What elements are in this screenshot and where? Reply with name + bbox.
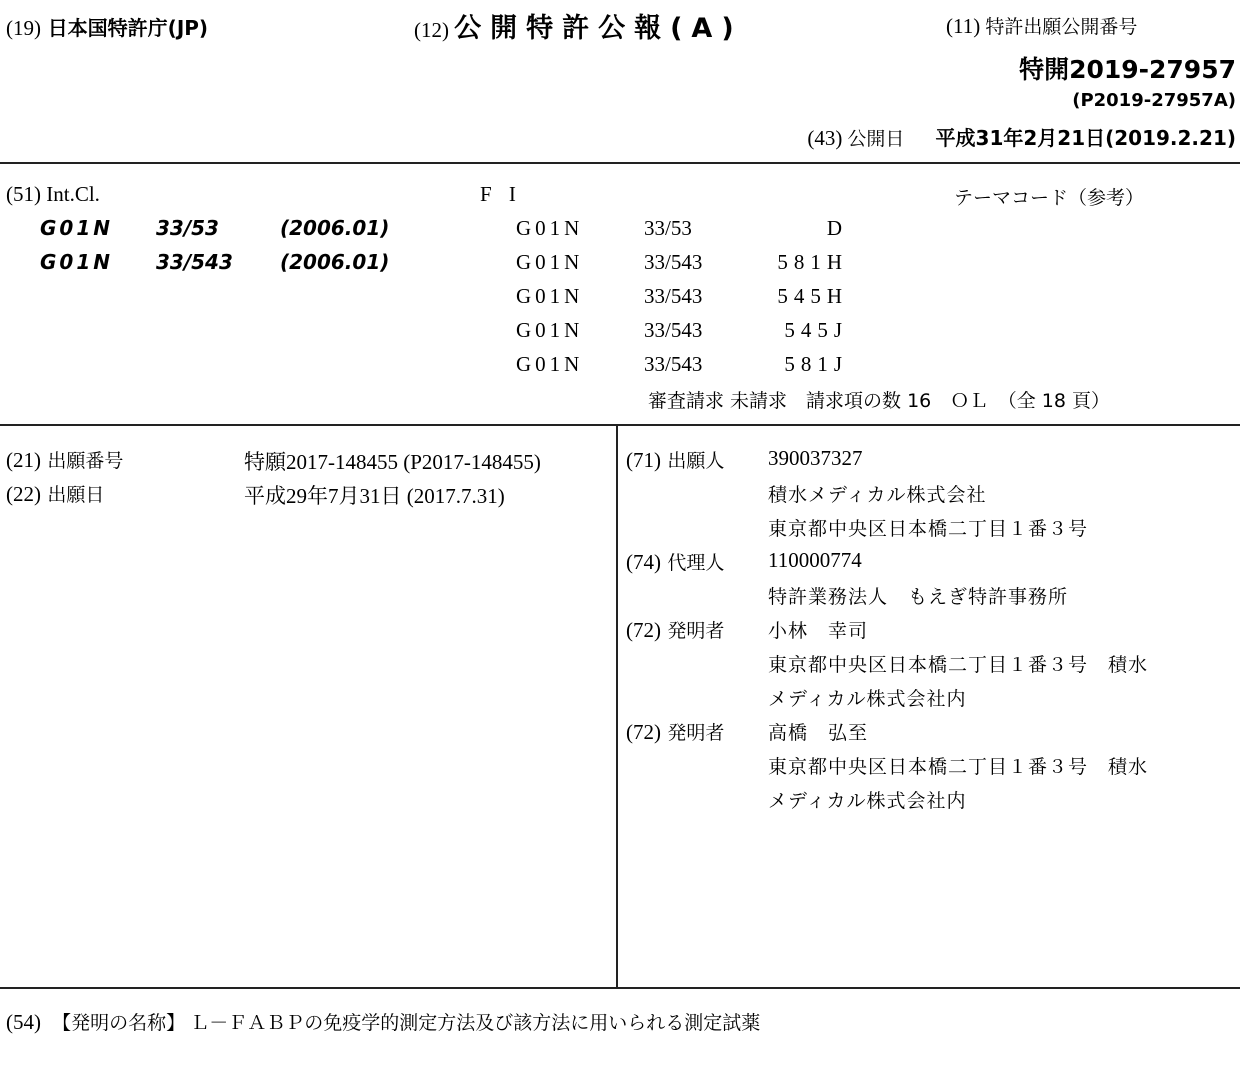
fi-group: 33/543 bbox=[644, 250, 748, 275]
fi-class: G01N bbox=[516, 216, 644, 241]
fi-suffix: 581J bbox=[748, 352, 848, 377]
inventor-address-line2: メディカル株式会社内 bbox=[768, 786, 966, 813]
fi-row: G01N33/543581H bbox=[516, 250, 848, 275]
fi-class: G01N bbox=[516, 284, 644, 309]
ipc-version: (2006.01) bbox=[280, 216, 389, 240]
pub-date-value: 平成31年2月21日(2019.2.21) bbox=[936, 126, 1236, 150]
pub-number: 特開2019-27957 bbox=[1019, 50, 1236, 86]
ipc-group: 33/53 bbox=[156, 216, 280, 240]
inventor-label: 発明者 bbox=[667, 722, 724, 744]
fi-group: 33/543 bbox=[644, 352, 748, 377]
fi-group: 33/543 bbox=[644, 284, 748, 309]
kind-title: 公開特許公報(A) bbox=[454, 13, 743, 44]
divider-bibliographic bbox=[0, 987, 1240, 989]
column-divider bbox=[616, 424, 618, 988]
fi-group: 33/53 bbox=[644, 216, 748, 241]
inventor-code: (72) bbox=[626, 720, 661, 744]
ipc-class: G01N bbox=[40, 216, 156, 240]
kind-code: (12) bbox=[414, 18, 449, 42]
applicant-label: 出願人 bbox=[667, 450, 724, 472]
divider-classification bbox=[0, 424, 1240, 426]
pub-date-code: (43) bbox=[807, 126, 842, 150]
ipc-row: G01N33/53(2006.01) bbox=[40, 216, 389, 240]
fi-suffix: 545H bbox=[748, 284, 848, 309]
applicant-code: (71) bbox=[626, 448, 661, 472]
theme-code-label: テーマコード（参考） bbox=[954, 183, 1144, 210]
application-date-code: (22) bbox=[6, 482, 41, 506]
inventor-name: 小林 幸司 bbox=[768, 616, 868, 643]
agent-code: (74) bbox=[626, 550, 661, 574]
applicant-field: (71) 出願人 bbox=[626, 446, 724, 473]
fi-row: G01N33/53D bbox=[516, 216, 848, 241]
office-name: 日本国特許庁(JP) bbox=[48, 16, 208, 40]
inventor-address-line2: メディカル株式会社内 bbox=[768, 684, 966, 711]
applicant-address: 東京都中央区日本橋二丁目１番３号 bbox=[768, 514, 1088, 541]
ipc-class: G01N bbox=[40, 250, 156, 274]
application-number: 特願2017-148455 (P2017-148455) bbox=[244, 446, 541, 476]
pub-date-label: 公開日 bbox=[847, 128, 904, 150]
fi-suffix: 545J bbox=[748, 318, 848, 343]
applicant-id: 390037327 bbox=[768, 446, 863, 471]
inventor-label: 発明者 bbox=[667, 620, 724, 642]
title-text: Ｌ－ＦＡＢＰの免疫学的測定方法及び該方法に用いられる測定試薬 bbox=[190, 1012, 760, 1034]
pub-date: (43) 公開日 平成31年2月21日(2019.2.21) bbox=[807, 122, 1236, 151]
fi-row: G01N33/543545H bbox=[516, 284, 848, 309]
fi-class: G01N bbox=[516, 250, 644, 275]
application-date-field: (22) 出願日 bbox=[6, 480, 104, 507]
agent-field: (74) 代理人 bbox=[626, 548, 724, 575]
inventor-field: (72) 発明者 bbox=[626, 718, 724, 745]
invention-title: (54) 【発明の名称】 Ｌ－ＦＡＢＰの免疫学的測定方法及び該方法に用いられる測… bbox=[6, 1008, 760, 1035]
applicant-name: 積水メディカル株式会社 bbox=[768, 480, 986, 507]
fi-suffix: 581H bbox=[748, 250, 848, 275]
pub-number-code: (11) bbox=[946, 14, 980, 38]
ipc-group: 33/543 bbox=[156, 250, 280, 274]
office-code: (19) bbox=[6, 16, 41, 40]
pub-number-alt: (P2019-27957A) bbox=[1072, 90, 1236, 111]
inventor-address-line1: 東京都中央区日本橋二丁目１番３号 積水 bbox=[768, 752, 1148, 779]
fi-row: G01N33/543581J bbox=[516, 352, 848, 377]
application-number-field: (21) 出願番号 bbox=[6, 446, 123, 473]
publication-kind: (12) 公開特許公報(A) bbox=[414, 6, 743, 45]
pub-number-label: (11) 特許出願公開番号 bbox=[946, 12, 1137, 39]
inventor-code: (72) bbox=[626, 618, 661, 642]
application-date-label: 出願日 bbox=[47, 484, 104, 506]
pub-number-label-text: 特許出願公開番号 bbox=[985, 16, 1137, 38]
inventor-name: 高橋 弘至 bbox=[768, 718, 868, 745]
fi-suffix: D bbox=[748, 216, 848, 241]
divider-header bbox=[0, 162, 1240, 164]
inventor-address-line1: 東京都中央区日本橋二丁目１番３号 積水 bbox=[768, 650, 1148, 677]
fi-class: G01N bbox=[516, 318, 644, 343]
exam-status: 審査請求 未請求 請求項の数 16 ＯＬ （全 18 頁） bbox=[648, 386, 1110, 413]
application-date: 平成29年7月31日 (2017.7.31) bbox=[244, 480, 505, 510]
title-label: 【発明の名称】 bbox=[52, 1012, 185, 1034]
ipc-row: G01N33/543(2006.01) bbox=[40, 250, 389, 274]
inventor-field: (72) 発明者 bbox=[626, 616, 724, 643]
title-code: (54) bbox=[6, 1010, 41, 1034]
ipc-version: (2006.01) bbox=[280, 250, 389, 274]
int-cl-label: (51) Int.Cl. bbox=[6, 182, 100, 207]
agent-label: 代理人 bbox=[667, 552, 724, 574]
agent-id: 110000774 bbox=[768, 548, 862, 573]
application-number-label: 出願番号 bbox=[47, 450, 123, 472]
fi-class: G01N bbox=[516, 352, 644, 377]
fi-row: G01N33/543545J bbox=[516, 318, 848, 343]
agent-name: 特許業務法人 もえぎ特許事務所 bbox=[768, 582, 1068, 609]
issuing-office: (19) 日本国特許庁(JP) bbox=[6, 12, 208, 41]
fi-label: F I bbox=[480, 182, 522, 207]
fi-group: 33/543 bbox=[644, 318, 748, 343]
application-number-code: (21) bbox=[6, 448, 41, 472]
